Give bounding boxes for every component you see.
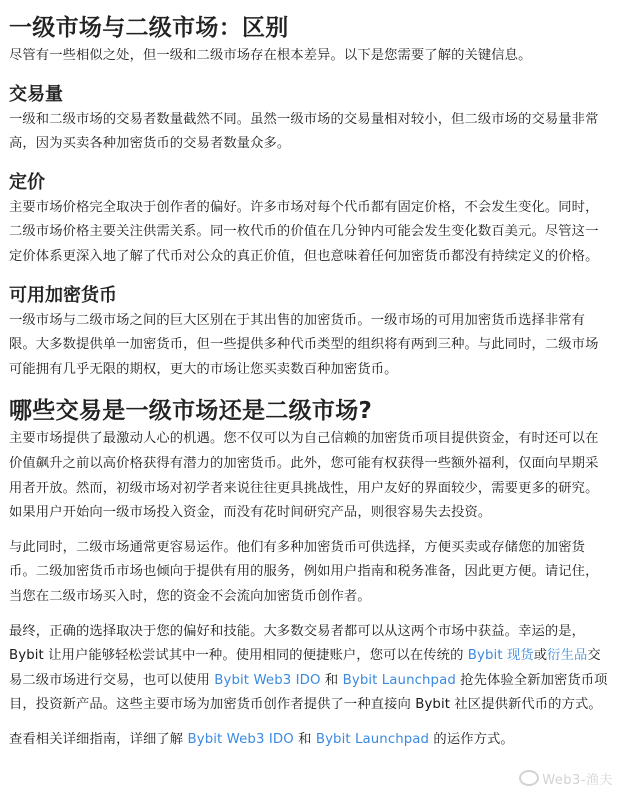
link-web3-ido[interactable]: Bybit Web3 IDO [214, 673, 320, 688]
section-heading-volume: 交易量 [9, 82, 609, 108]
link-web3-ido-guide[interactable]: Bybit Web3 IDO [188, 732, 294, 747]
text: 的运作方式。 [429, 732, 514, 747]
section-heading-availability: 可用加密货币 [9, 283, 609, 309]
section-body-volume: 一级和二级市场的交易者数量截然不同。虽然一级市场的交易量相对较小，但二级市场的交… [9, 108, 609, 157]
text: 查看相关详细指南，详细了解 [9, 732, 188, 747]
section2-paragraph-2: 与此同时，二级市场通常更容易运作。他们有多种加密货币可供选择，方便买卖或存储您的… [9, 536, 609, 610]
section-heading-pricing: 定价 [9, 170, 609, 196]
watermark: Web3-渔夫 [519, 769, 613, 788]
link-bybit-spot[interactable]: Bybit 现货 [468, 648, 534, 663]
article: 一级市场与二级市场：区别 尽管有一些相似之处，但一级和二级市场存在根本差异。以下… [0, 0, 609, 752]
section2-paragraph-3: 最终，正确的选择取决于您的偏好和技能。大多数交易者都可以从这两个市场中获益。幸运… [9, 620, 609, 718]
section2-title: 哪些交易是一级市场还是二级市场? [9, 395, 609, 427]
page-title: 一级市场与二级市场：区别 [9, 0, 609, 44]
section-body-pricing: 主要市场价格完全取决于创作者的偏好。许多市场对每个代币都有固定价格，不会发生变化… [9, 196, 609, 270]
text: 或 [534, 648, 547, 663]
watermark-text: Web3-渔夫 [542, 773, 613, 788]
section2-paragraph-1: 主要市场提供了最激动人心的机遇。您不仅可以为自己信赖的加密货币项目提供资金，有时… [9, 427, 609, 525]
link-derivatives[interactable]: 衍生品 [547, 648, 587, 663]
intro-paragraph: 尽管有一些相似之处，但一级和二级市场存在根本差异。以下是您需要了解的关键信息。 [9, 44, 609, 69]
wechat-icon [519, 770, 539, 786]
text: 和 [321, 673, 343, 688]
section-body-availability: 一级市场与二级市场之间的巨大区别在于其出售的加密货币。一级市场的可用加密货币选择… [9, 309, 609, 383]
link-launchpad-guide[interactable]: Bybit Launchpad [316, 732, 429, 747]
section2-paragraph-4: 查看相关详细指南，详细了解 Bybit Web3 IDO 和 Bybit Lau… [9, 728, 609, 753]
link-launchpad[interactable]: Bybit Launchpad [343, 673, 456, 688]
text: 和 [294, 732, 316, 747]
